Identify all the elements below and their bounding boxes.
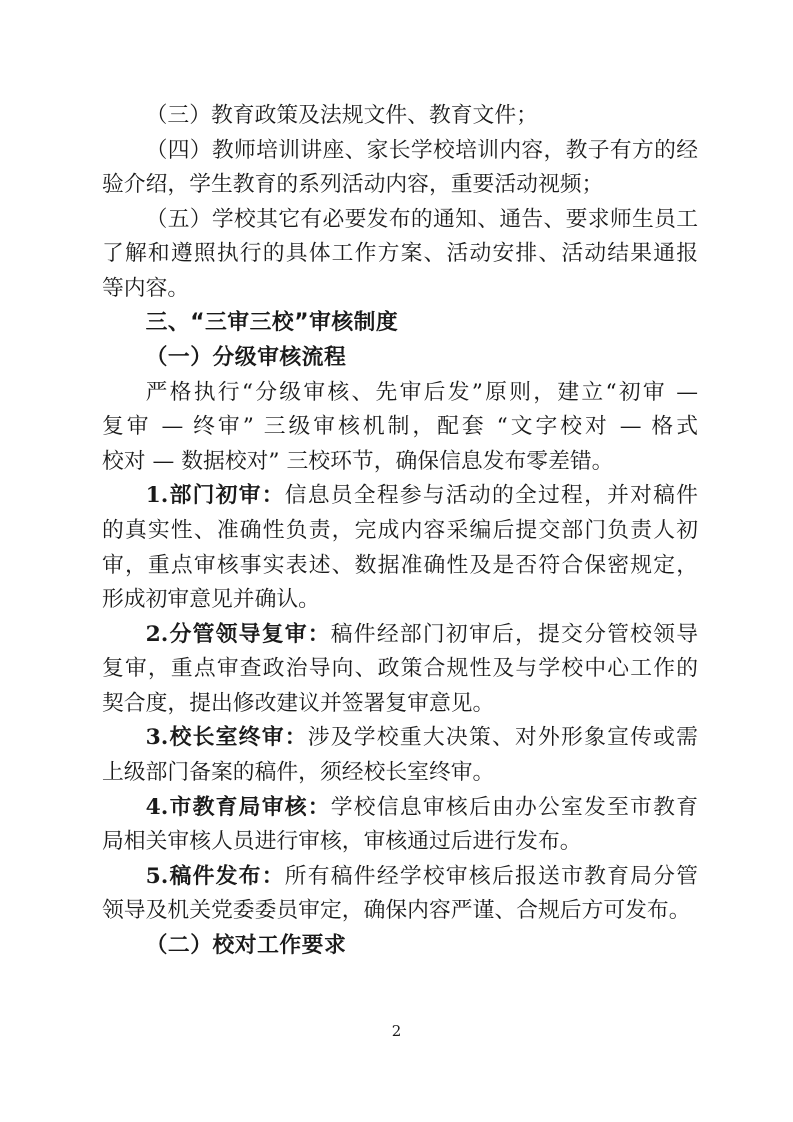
list-item-5: （五）学校其它有必要发布的通知、通告、要求师生员工了解和遵照执行的具体工作方案、… <box>102 203 698 307</box>
step-4-education-bureau-review: 4.市教育局审核：学校信息审核后由办公室发至市教育局相关审核人员进行审核，审核通… <box>102 791 698 860</box>
step-1-department-first-review: 1.部门初审：信息员全程参与活动的全过程，并对稿件的真实性、准确性负责，完成内容… <box>102 479 698 617</box>
subsection-heading-2: （二）校对工作要求 <box>102 929 698 964</box>
paragraph-bold-lead: 2.分管领导复审： <box>146 622 331 647</box>
text-line: 审，重点审核事实表述、数据准确性及是否符合保密规定， <box>102 549 698 584</box>
paragraph-overview: 严格执行“分级审核、先审后发”原则，建立“初审 —复审 — 终审” 三级审核机制… <box>102 376 698 480</box>
text-line: 的真实性、准确性负责，完成内容采编后提交部门负责人初 <box>102 514 698 549</box>
text-line: （二）校对工作要求 <box>102 929 698 964</box>
text-line: （一）分级审核流程 <box>102 341 698 376</box>
document-page: （三）教育政策及法规文件、教育文件；（四）教师培训讲座、家长学校培训内容，教子有… <box>0 0 793 1122</box>
text-line: 3.校长室终审：涉及学校重大决策、对外形象宣传或需 <box>102 721 698 756</box>
text-line: 5.稿件发布：所有稿件经学校审核后报送市教育局分管 <box>102 860 698 895</box>
step-2-leader-second-review: 2.分管领导复审：稿件经部门初审后，提交分管校领导复审，重点审查政治导向、政策合… <box>102 618 698 722</box>
step-5-manuscript-publish: 5.稿件发布：所有稿件经学校审核后报送市教育局分管领导及机关党委委员审定，确保内… <box>102 860 698 929</box>
text-line: 领导及机关党委委员审定，确保内容严谨、合规后方可发布。 <box>102 894 698 929</box>
document-content: （三）教育政策及法规文件、教育文件；（四）教师培训讲座、家长学校培训内容，教子有… <box>102 99 698 963</box>
section-heading-three: 三、“三审三校”审核制度 <box>102 306 698 341</box>
text-line: 形成初审意见并确认。 <box>102 583 698 618</box>
text-line: 三、“三审三校”审核制度 <box>102 306 698 341</box>
text-line: 校对 — 数据校对” 三校环节，确保信息发布零差错。 <box>102 445 698 480</box>
text-line: 验介绍，学生教育的系列活动内容，重要活动视频； <box>102 168 698 203</box>
text-line: 严格执行“分级审核、先审后发”原则，建立“初审 — <box>102 376 698 411</box>
text-line: 4.市教育局审核：学校信息审核后由办公室发至市教育 <box>102 791 698 826</box>
text-line: 上级部门备案的稿件，须经校长室终审。 <box>102 756 698 791</box>
paragraph-bold-lead: 4.市教育局审核： <box>146 795 331 820</box>
text-line: 复审 — 终审” 三级审核机制，配套 “文字校对 — 格式 <box>102 410 698 445</box>
text-line: 等内容。 <box>102 272 698 307</box>
text-line: 了解和遵照执行的具体工作方案、活动安排、活动结果通报 <box>102 237 698 272</box>
paragraph-bold-lead: 3.校长室终审： <box>146 725 308 750</box>
text-line: 1.部门初审：信息员全程参与活动的全过程，并对稿件 <box>102 479 698 514</box>
list-item-4: （四）教师培训讲座、家长学校培训内容，教子有方的经验介绍，学生教育的系列活动内容… <box>102 134 698 203</box>
paragraph-bold-lead: 1.部门初审： <box>146 483 285 508</box>
paragraph-bold-lead: 5.稿件发布： <box>146 864 285 889</box>
text-line: 契合度，提出修改建议并签署复审意见。 <box>102 687 698 722</box>
text-line: 复审，重点审查政治导向、政策合规性及与学校中心工作的 <box>102 652 698 687</box>
text-line: （三）教育政策及法规文件、教育文件； <box>102 99 698 134</box>
text-line: （五）学校其它有必要发布的通知、通告、要求师生员工 <box>102 203 698 238</box>
page-number: 2 <box>0 1022 793 1040</box>
subsection-heading-1: （一）分级审核流程 <box>102 341 698 376</box>
list-item-3: （三）教育政策及法规文件、教育文件； <box>102 99 698 134</box>
text-line: （四）教师培训讲座、家长学校培训内容，教子有方的经 <box>102 134 698 169</box>
text-line: 2.分管领导复审：稿件经部门初审后，提交分管校领导 <box>102 618 698 653</box>
text-line: 局相关审核人员进行审核，审核通过后进行发布。 <box>102 825 698 860</box>
step-3-principal-final-review: 3.校长室终审：涉及学校重大决策、对外形象宣传或需上级部门备案的稿件，须经校长室… <box>102 721 698 790</box>
